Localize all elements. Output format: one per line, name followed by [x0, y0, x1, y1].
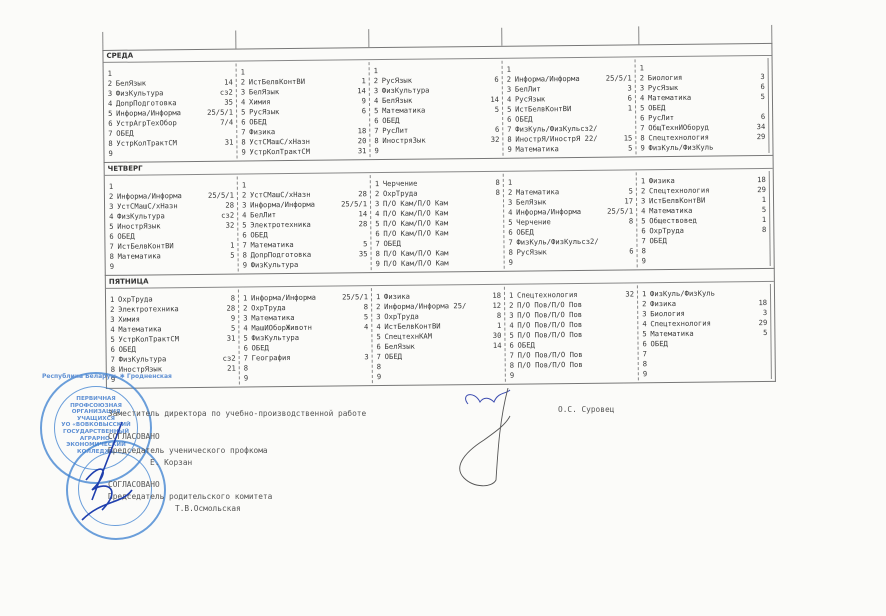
signatures-area: Республика Беларусь ✱ Гродненская ПЕРВИЧ…: [0, 0, 886, 616]
profcom-name: Е. Корзан: [150, 458, 192, 467]
handwritten-signature: [440, 388, 550, 498]
parent-committee-name: Т.В.Осмольская: [175, 504, 241, 513]
deputy-title: Заместитель директора по учебно-производ…: [108, 409, 366, 418]
stamp-line: ПЕРВИЧНАЯ: [56, 396, 136, 403]
stamp-outer-text: Республика Беларусь ✱ Гродненская: [42, 373, 150, 380]
deputy-name: О.С. Суровец: [558, 405, 614, 414]
stamp-signature: [72, 420, 142, 530]
